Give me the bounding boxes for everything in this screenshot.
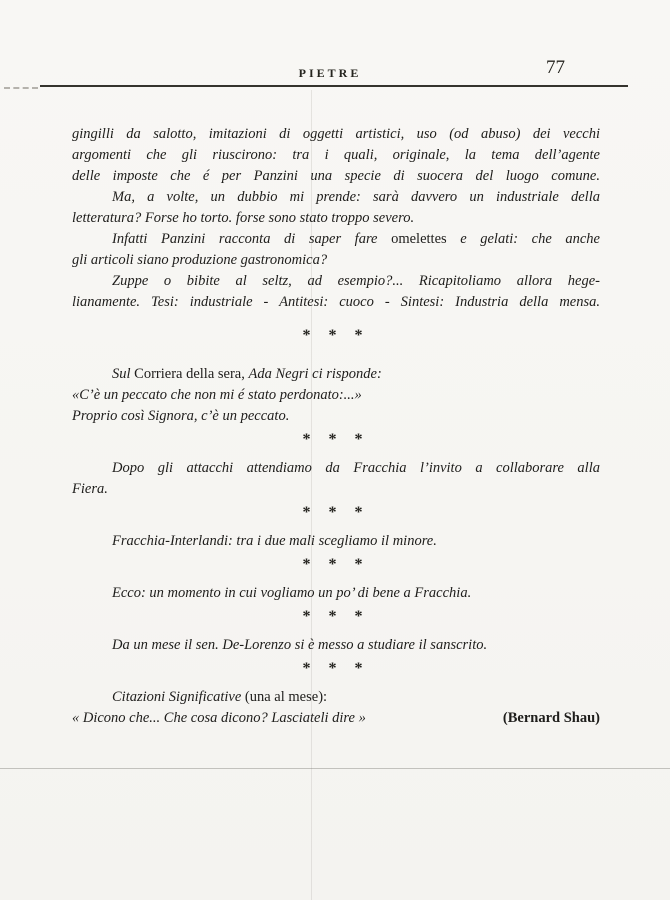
text-segment: Proprio così Signora, c’è un peccato.: [72, 408, 289, 424]
text-line: Infatti Panzini racconta di saper fare o…: [72, 229, 600, 250]
paragraph-block: Infatti Panzini racconta di saper fare o…: [72, 229, 600, 271]
text-line: Sul Corriera della sera, Ada Negri ci ri…: [72, 364, 600, 385]
paragraph-block: Dopo gli attacchi attendiamo da Fracchia…: [72, 458, 600, 500]
document-page: PIETRE 77 gingilli da salotto, imitazion…: [0, 0, 670, 900]
section-separator: * * *: [72, 502, 600, 523]
text-segment: « Dicono che... Che cosa dicono? Lasciat…: [72, 710, 366, 726]
scan-fold-line-vertical: [311, 90, 312, 900]
text-line: « Dicono che... Che cosa dicono? Lasciat…: [72, 708, 600, 729]
paragraph-block: Fracchia-Interlandi: tra i due mali sceg…: [72, 531, 600, 552]
text-line: Fiera.: [72, 479, 600, 500]
text-line: lianamente. Tesi: industriale - Antitesi…: [72, 292, 600, 313]
section-separator: * * *: [72, 658, 600, 679]
running-header: PIETRE 77: [0, 0, 670, 100]
section-separator: * * *: [72, 606, 600, 627]
text-line: Citazioni Significative (una al mese):: [72, 687, 600, 708]
text-segment: Ada Negri ci risponde:: [249, 366, 382, 382]
paragraph-block: Ma, a volte, un dubbio mi prende: sarà d…: [72, 187, 600, 229]
text-segment: Da un mese il sen. De-Lorenzo si è messo…: [112, 637, 487, 653]
text-segment: Corriera della sera,: [134, 366, 248, 382]
text-line: Fracchia-Interlandi: tra i due mali sceg…: [72, 531, 600, 552]
section-separator: * * *: [72, 429, 600, 450]
text-line: argomenti che gli riuscirono: tra i qual…: [72, 145, 600, 166]
text-segment: Fracchia-Interlandi: tra i due mali sceg…: [112, 533, 437, 549]
section-separator: * * *: [72, 554, 600, 575]
text-line: Ma, a volte, un dubbio mi prende: sarà d…: [72, 187, 600, 208]
paragraph-block: Ecco: un momento in cui vogliamo un po’ …: [72, 583, 600, 604]
paragraph-block: gingilli da salotto, imitazioni di ogget…: [72, 124, 600, 187]
text-line: «C’è un peccato che non mi é stato perdo…: [72, 385, 600, 406]
text-segment: gingilli da salotto, imitazioni di ogget…: [72, 126, 600, 142]
text-segment: (una al mese):: [245, 689, 327, 705]
text-segment: Infatti Panzini racconta di saper fare: [112, 231, 391, 247]
text-segment: letteratura? Forse ho torto. forse sono …: [72, 210, 414, 226]
text-line: Zuppe o bibite al seltz, ad esempio?... …: [72, 271, 600, 292]
text-line: letteratura? Forse ho torto. forse sono …: [72, 208, 600, 229]
scan-line-horizontal: [0, 768, 670, 769]
page-body: gingilli da salotto, imitazioni di ogget…: [72, 124, 600, 729]
text-segment: lianamente. Tesi: industriale - Antitesi…: [72, 294, 600, 310]
text-line: delle imposte che é per Panzini una spec…: [72, 166, 600, 187]
text-segment: Fiera.: [72, 481, 108, 497]
page-number: 77: [546, 57, 565, 79]
text-line: Dopo gli attacchi attendiamo da Fracchia…: [72, 458, 600, 479]
text-segment: delle imposte che é per Panzini una spec…: [72, 168, 600, 184]
text-line: gingilli da salotto, imitazioni di ogget…: [72, 124, 600, 145]
text-segment: Ma, a volte, un dubbio mi prende: sarà d…: [112, 189, 600, 205]
quote-text: « Dicono che... Che cosa dicono? Lasciat…: [72, 708, 366, 729]
section-separator: * * *: [72, 325, 600, 346]
paragraph-block: Sul Corriera della sera, Ada Negri ci ri…: [72, 364, 600, 427]
paragraph-block: Da un mese il sen. De-Lorenzo si è messo…: [72, 635, 600, 656]
header-rule: [40, 85, 628, 87]
text-segment: e gelati: che anche: [447, 231, 600, 247]
header-rule-dash: [4, 87, 38, 89]
text-segment: Dopo gli attacchi attendiamo da Fracchia…: [112, 460, 600, 476]
text-segment: «C’è un peccato che non mi é stato perdo…: [72, 387, 362, 403]
text-segment: Citazioni Significative: [112, 689, 245, 705]
paragraph-block: Citazioni Significative (una al mese):« …: [72, 687, 600, 729]
text-line: Proprio così Signora, c’è un peccato.: [72, 406, 600, 427]
text-segment: gli articoli siano produzione gastronomi…: [72, 252, 327, 268]
attribution: (Bernard Shau): [503, 708, 600, 729]
paragraph-block: Zuppe o bibite al seltz, ad esempio?... …: [72, 271, 600, 313]
text-segment: Zuppe o bibite al seltz, ad esempio?... …: [112, 273, 600, 289]
text-line: gli articoli siano produzione gastronomi…: [72, 250, 600, 271]
text-segment: Sul: [112, 366, 134, 382]
text-segment: omelettes: [391, 231, 447, 247]
text-segment: argomenti che gli riuscirono: tra i qual…: [72, 147, 600, 163]
text-line: Da un mese il sen. De-Lorenzo si è messo…: [72, 635, 600, 656]
text-line: Ecco: un momento in cui vogliamo un po’ …: [72, 583, 600, 604]
text-segment: Ecco: un momento in cui vogliamo un po’ …: [112, 585, 471, 601]
